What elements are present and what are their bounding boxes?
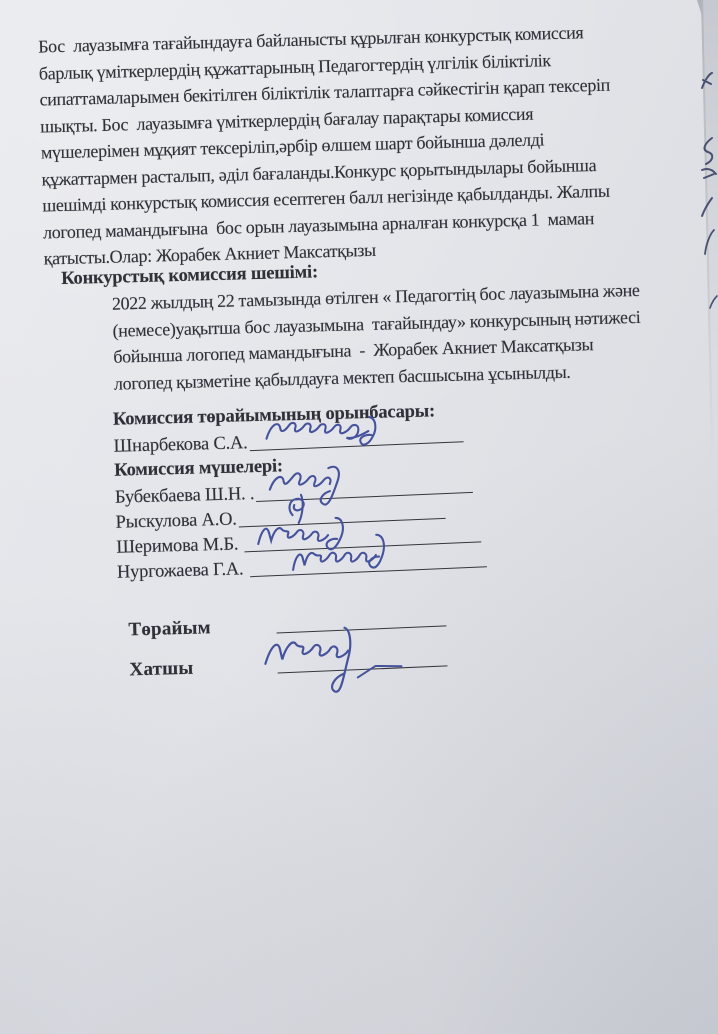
secretary-row: Хатшы — [129, 647, 448, 681]
signer-name: Нургожаева Г.А. — [117, 558, 248, 583]
signature-ink-shnarbekova — [263, 408, 396, 451]
document-photo: Бос лауазымға тағайындауға байланысты құ… — [0, 0, 718, 1034]
signature-ink-secretary — [260, 620, 432, 700]
chairperson-label: Төрайым — [128, 616, 275, 642]
decision-paragraph: 2022 жылдың 22 тамызында өтілген « Педаг… — [112, 276, 675, 397]
intro-paragraph: Бос лауазымға тағайындауға байланысты құ… — [38, 17, 664, 272]
edge-pen-mark-icon — [708, 294, 718, 310]
signer-name: Рыскулова А.О. — [115, 509, 237, 534]
document-body: Бос лауазымға тағайындауға байланысты құ… — [0, 0, 717, 684]
signer-name: Шнарбекова С.А. — [113, 432, 248, 457]
signature-block: Комиссия төрайымының орынбасары: Шнарбек… — [113, 392, 677, 681]
secretary-label: Хатшы — [129, 656, 276, 682]
